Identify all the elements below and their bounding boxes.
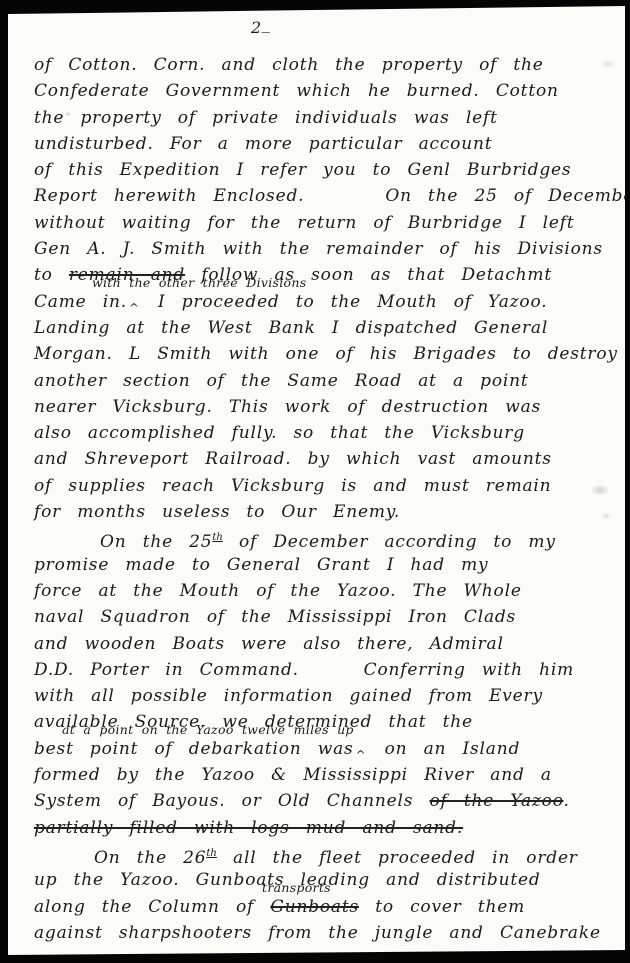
handwritten-text: formed by the Yazoo & Mississippi River … (34, 765, 552, 785)
handwritten-text: of Cotton. Corn. and cloth the property … (34, 55, 544, 75)
manuscript-line: promise made to General Grant I had my (34, 552, 620, 578)
struck-text: of the Yazoo (430, 791, 564, 811)
manuscript-line: of Cotton. Corn. and cloth the property … (34, 52, 620, 78)
manuscript-line: Gen A. J. Smith with the remainder of hi… (34, 236, 620, 262)
document-scan: 2 of Cotton. Corn. and cloth the propert… (0, 0, 630, 963)
handwritten-text: Landing at the West Bank I dispatched Ge… (34, 318, 548, 338)
handwritten-text: with all possible information gained fro… (34, 686, 543, 706)
manuscript-line: and wooden Boats were also there, Admira… (34, 631, 620, 657)
handwritten-text: . (563, 791, 569, 811)
handwritten-text: and Shreveport Railroad. by which vast a… (34, 449, 552, 469)
manuscript-line: at a point on the Yazoo twelve miles upb… (34, 736, 620, 762)
manuscript-line: Report herewith Enclosed. On the 25 of D… (34, 183, 620, 209)
handwritten-text: On the 25 (100, 532, 212, 552)
manuscript-line: and Shreveport Railroad. by which vast a… (34, 446, 620, 472)
struck-text: partially filled with logs mud and sand. (34, 818, 463, 838)
handwritten-text: against sharpshooters from the jungle an… (34, 923, 601, 943)
manuscript-line: Confederate Government which he burned. … (34, 78, 620, 104)
manuscript-line: force at the Mouth of the Yazoo. The Who… (34, 578, 620, 604)
interlinear-insertion: with the other three Divisions (92, 277, 306, 289)
manuscript-line: another section of the Same Road at a po… (34, 368, 620, 394)
manuscript-line: undisturbed. For a more particular accou… (34, 131, 620, 157)
handwritten-text: without waiting for the return of Burbri… (34, 213, 574, 233)
manuscript-line: of this Expedition I refer you to Genl B… (34, 157, 620, 183)
handwritten-text: on an Island (368, 739, 520, 759)
handwritten-text: nearer Vicksburg. This work of destructi… (34, 397, 541, 417)
handwritten-text: to cover them (359, 897, 525, 917)
handwritten-text: On the 26 (94, 848, 206, 868)
handwritten-text: another section of the Same Road at a po… (34, 371, 529, 391)
handwritten-text: along the Column of (34, 897, 270, 917)
handwritten-text: Report herewith Enclosed. On the 25 of D… (34, 186, 630, 206)
handwritten-text: I proceeded to the Mouth of Yazoo. (142, 292, 548, 312)
manuscript-line: transportsalong the Column of Gunboats t… (34, 894, 620, 920)
handwritten-text: for months useless to Our Enemy. (34, 502, 400, 522)
manuscript-lines: of Cotton. Corn. and cloth the property … (34, 52, 620, 946)
handwritten-text: the property of private individuals was … (34, 108, 498, 128)
handwritten-text: undisturbed. For a more particular accou… (34, 134, 492, 154)
manuscript-line: without waiting for the return of Burbri… (34, 210, 620, 236)
handwritten-text: naval Squadron of the Mississippi Iron C… (34, 607, 516, 627)
manuscript-line: Landing at the West Bank I dispatched Ge… (34, 315, 620, 341)
manuscript-line: of supplies reach Vicksburg is and must … (34, 473, 620, 499)
handwritten-text: Confederate Government which he burned. … (34, 81, 559, 101)
handwritten-text: of December according to my (223, 532, 556, 552)
handwritten-text: of this Expedition I refer you to Genl B… (34, 160, 571, 180)
manuscript-line: formed by the Yazoo & Mississippi River … (34, 762, 620, 788)
superscript-text: th (206, 848, 216, 859)
manuscript-line: On the 25th of December according to my (34, 525, 620, 551)
manuscript-line: against sharpshooters from the jungle an… (34, 920, 620, 946)
handwritten-text: System of Bayous. or Old Channels (34, 791, 430, 811)
handwritten-text: promise made to General Grant I had my (34, 555, 488, 575)
manuscript-line: the property of private individuals was … (34, 105, 620, 131)
handwritten-text: Morgan. L Smith with one of his Brigades… (34, 344, 618, 364)
manuscript-line: also accomplished fully. so that the Vic… (34, 420, 620, 446)
handwritten-text: D.D. Porter in Command. Conferring with … (34, 660, 574, 680)
handwritten-text: all the fleet proceeded in order (217, 848, 578, 868)
interlinear-insertion: transports (262, 882, 331, 894)
handwritten-text: Gen A. J. Smith with the remainder of hi… (34, 239, 603, 259)
manuscript-line: D.D. Porter in Command. Conferring with … (34, 657, 620, 683)
manuscript-line: naval Squadron of the Mississippi Iron C… (34, 604, 620, 630)
handwritten-text: force at the Mouth of the Yazoo. The Who… (34, 581, 522, 601)
handwritten-text: to (34, 265, 69, 285)
manuscript-line: System of Bayous. or Old Channels of the… (34, 788, 620, 814)
manuscript-line: nearer Vicksburg. This work of destructi… (34, 394, 620, 420)
manuscript-line: for months useless to Our Enemy. (34, 499, 620, 525)
manuscript-line: On the 26th all the fleet proceeded in o… (34, 841, 620, 867)
manuscript-line: partially filled with logs mud and sand. (34, 815, 620, 841)
manuscript-line: Morgan. L Smith with one of his Brigades… (34, 341, 620, 367)
superscript-text: th (212, 532, 222, 543)
handwritten-text: Came in. (34, 292, 127, 312)
manuscript-line: with all possible information gained fro… (34, 683, 620, 709)
handwritten-text: of supplies reach Vicksburg is and must … (34, 476, 551, 496)
interlinear-insertion: at a point on the Yazoo twelve miles up (62, 724, 354, 736)
struck-text: Gunboats (270, 897, 359, 917)
handwritten-text: also accomplished fully. so that the Vic… (34, 423, 525, 443)
page-number: 2 (251, 18, 268, 38)
handwritten-text: best point of debarkation was (34, 739, 354, 759)
handwritten-text: and wooden Boats were also there, Admira… (34, 634, 504, 654)
manuscript-page: 2 of Cotton. Corn. and cloth the propert… (8, 4, 625, 957)
manuscript-line: with the other three DivisionsCame in.^ … (34, 289, 620, 315)
